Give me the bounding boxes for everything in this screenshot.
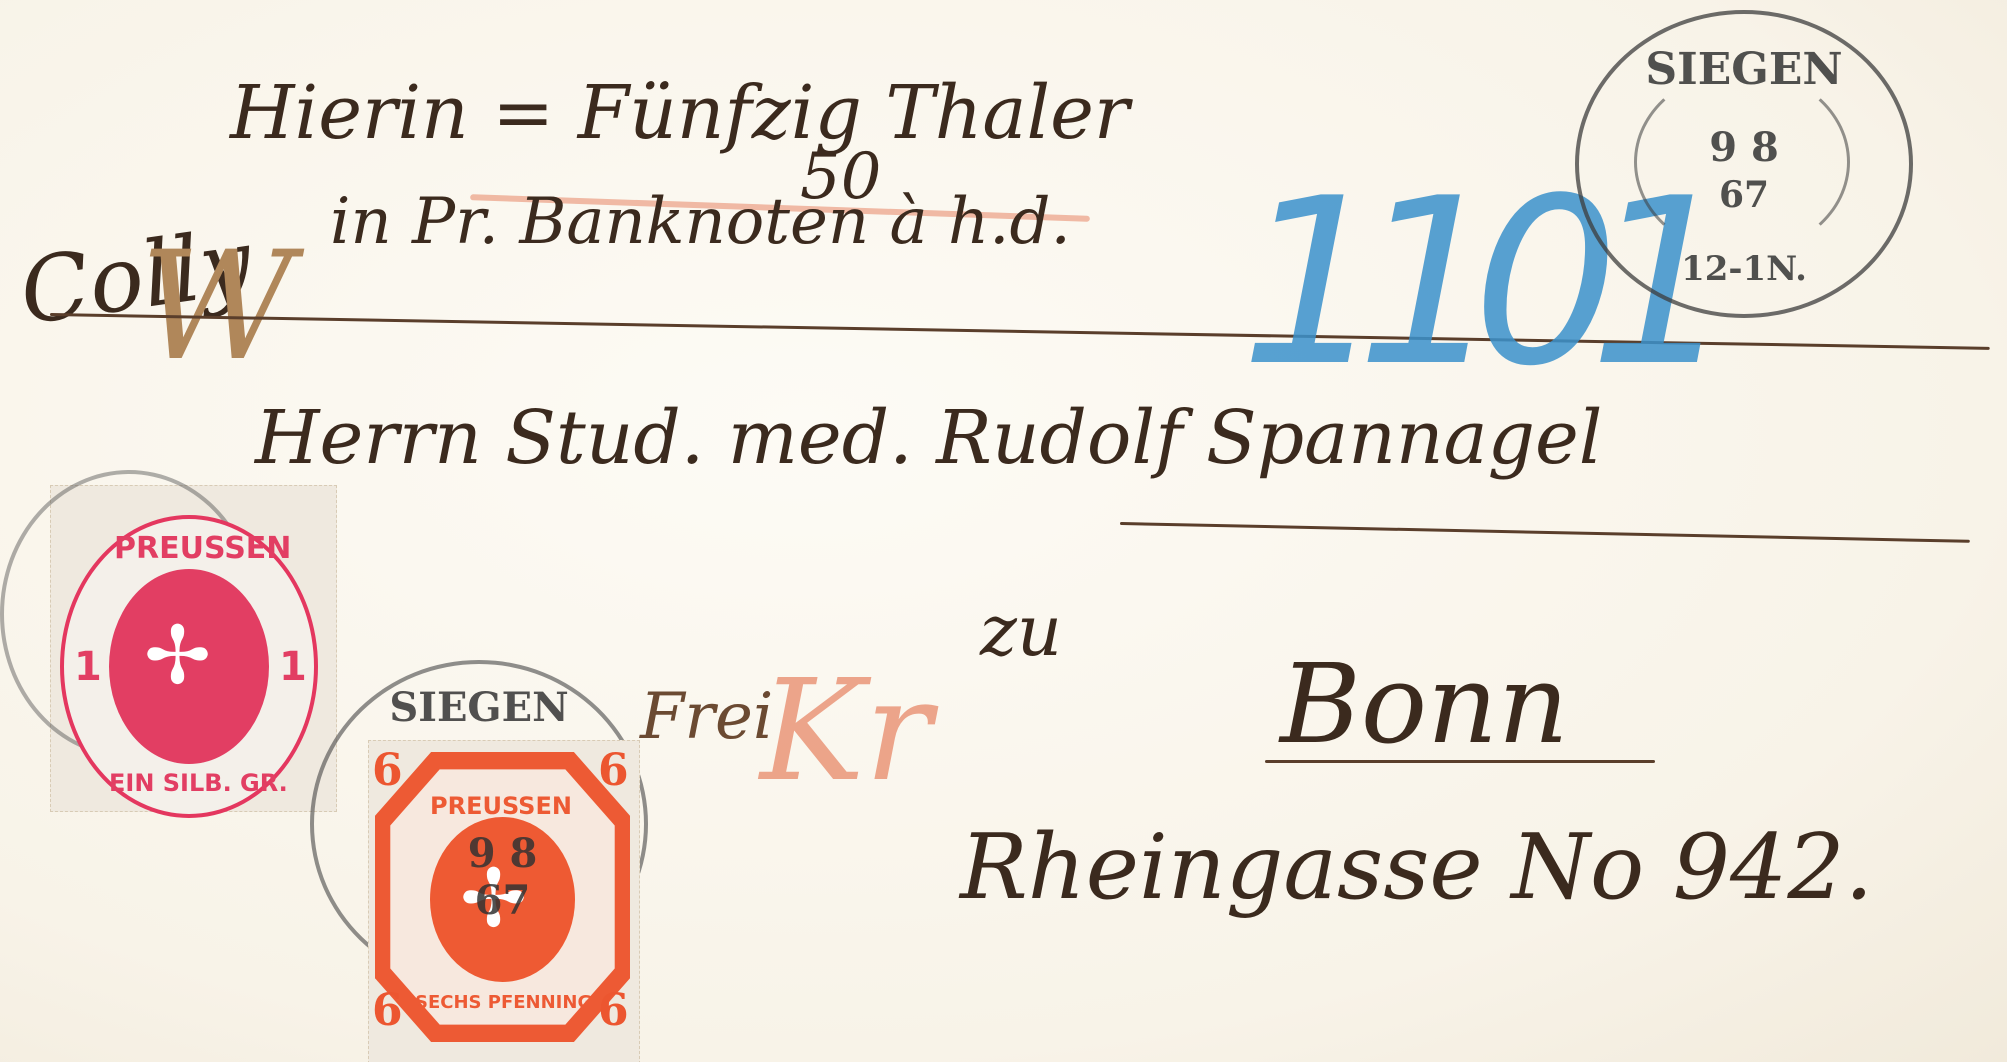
city-prefix: zu	[980, 590, 1062, 672]
stamp-value-tr: 6	[598, 745, 629, 796]
red-pencil-mark: Kr	[760, 650, 932, 813]
handwriting-line1: Hierin = Fünfzig Thaler	[230, 70, 1129, 156]
postmark-siegen-top: SIEGEN 9 8 67 12-1N.	[1575, 10, 1913, 318]
city-underline	[1265, 760, 1655, 763]
city: Bonn	[1280, 640, 1569, 768]
postmark-date-overlay: 9 8 67	[375, 830, 630, 924]
stamp-1-silbergroschen: ✢ PREUSSEN 1 1 EIN SILB. GR.	[60, 515, 318, 818]
eagle-icon: ✢	[144, 609, 211, 702]
addressee: Herrn Stud. med. Rudolf Spannagel	[255, 395, 1602, 481]
handwriting-left-mark: W	[140, 220, 294, 394]
handwriting-line2: in Pr. Banknoten à h.d.	[330, 185, 1071, 259]
street: Rheingasse No 942.	[960, 815, 1873, 920]
stamp-value-br: 6	[598, 985, 629, 1036]
freiung-note: Frei	[640, 680, 773, 754]
stamp-value-tl: 6	[372, 745, 403, 796]
stamp-value-bl: 6	[372, 985, 403, 1036]
